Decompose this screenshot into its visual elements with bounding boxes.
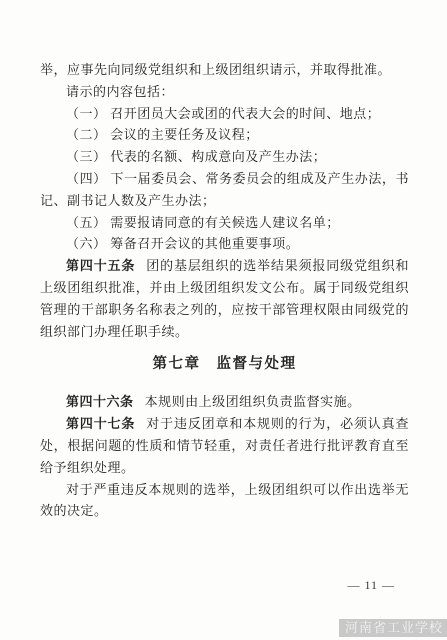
list-item-3: （三） 代表的名额、构成意向及产生办法； <box>40 146 409 168</box>
list-item-5: （五） 需要报请同意的有关候选人建议名单； <box>40 212 409 234</box>
list-item-2: （二） 会议的主要任务及议程； <box>40 124 409 146</box>
document-page: 举，应事先向同级党组织和上级团组织请示，并取得批准。 请示的内容包括： （一） … <box>0 0 447 640</box>
article-46-text: 本规则由上级团组织负责监督实施。 <box>145 394 361 409</box>
paragraph-intro: 请示的内容包括： <box>40 81 409 103</box>
chapter-heading: 第七章 监督与处理 <box>40 352 409 376</box>
paragraph-invalid-election: 对于严重违反本规则的选举，上级团组织可以作出选举无效的决定。 <box>40 479 409 523</box>
article-45: 第四十五条团的基层组织的选举结果须报同级党组织和上级团组织批准，并由上级团组织发… <box>40 255 409 342</box>
page-number: — 11 — <box>347 578 395 593</box>
article-46: 第四十六条本规则由上级团组织负责监督实施。 <box>40 391 409 413</box>
article-47-number: 第四十七条 <box>66 416 135 431</box>
document-body: 举，应事先向同级党组织和上级团组织请示，并取得批准。 请示的内容包括： （一） … <box>40 59 409 522</box>
article-46-number: 第四十六条 <box>66 394 134 409</box>
article-47: 第四十七条对于违反团章和本规则的行为，必须认真查处，根据问题的性质和情节轻重，对… <box>40 413 409 478</box>
list-item-6: （六） 筹备召开会议的其他重要事项。 <box>40 233 409 255</box>
list-item-4: （四） 下一届委员会、常务委员会的组成及产生办法，书记、副书记人数及产生办法； <box>40 168 409 212</box>
article-45-number: 第四十五条 <box>66 258 135 273</box>
list-item-1: （一） 召开团员大会或团的代表大会的时间、地点； <box>40 103 409 125</box>
school-watermark: 河南省工业学校 <box>339 619 447 637</box>
paragraph-continuation: 举，应事先向同级党组织和上级团组织请示，并取得批准。 <box>40 59 409 81</box>
